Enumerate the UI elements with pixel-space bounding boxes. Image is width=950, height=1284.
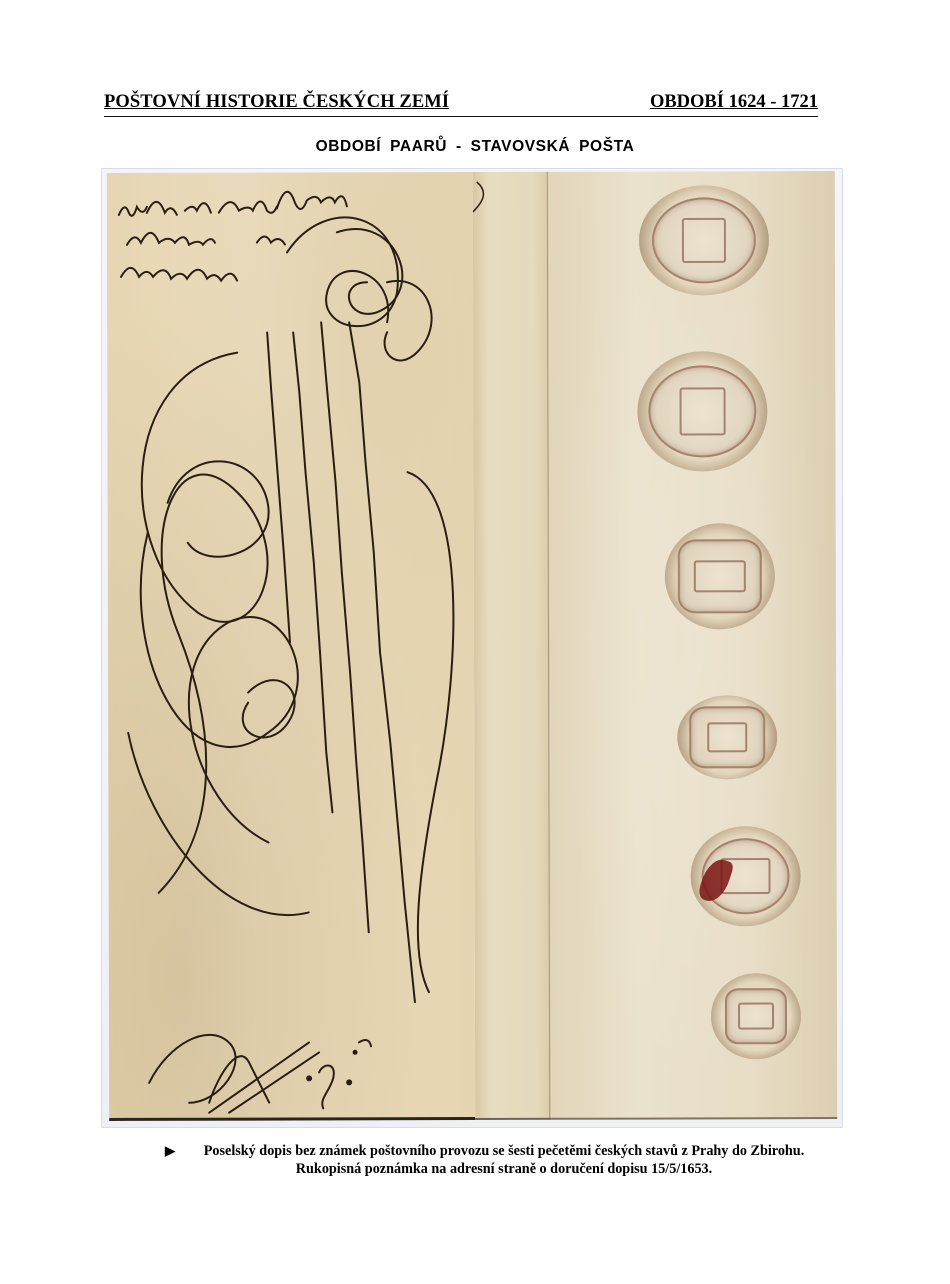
page-subtitle: OBDOBÍ PAARŮ - STAVOVSKÁ POŠTA: [0, 138, 950, 156]
wax-seal-4: [677, 695, 777, 779]
wax-seal-6: [711, 973, 801, 1059]
exhibit-caption: ▶ Poselský dopis bez známek poštovního p…: [165, 1142, 815, 1178]
seal-panel: [549, 171, 837, 1120]
caption-text: Poselský dopis bez známek poštovního pro…: [165, 1142, 815, 1178]
wax-seal-5: [690, 826, 800, 926]
address-panel: [107, 172, 475, 1121]
handwriting-address: [107, 172, 475, 1121]
bullet-arrow-icon: ▶: [165, 1142, 175, 1160]
fold-panel: [473, 172, 551, 1120]
fold-flourish: [473, 172, 551, 1120]
wax-seal-3: [665, 523, 775, 629]
wax-seal-1: [639, 185, 769, 295]
letter-image: [107, 171, 837, 1121]
page-header: POŠTOVNÍ HISTORIE ČESKÝCH ZEMÍ OBDOBÍ 16…: [104, 90, 818, 117]
collection-title: POŠTOVNÍ HISTORIE ČESKÝCH ZEMÍ: [104, 92, 449, 113]
period-title: OBDOBÍ 1624 - 1721: [650, 92, 818, 113]
wax-seal-2: [637, 351, 767, 471]
